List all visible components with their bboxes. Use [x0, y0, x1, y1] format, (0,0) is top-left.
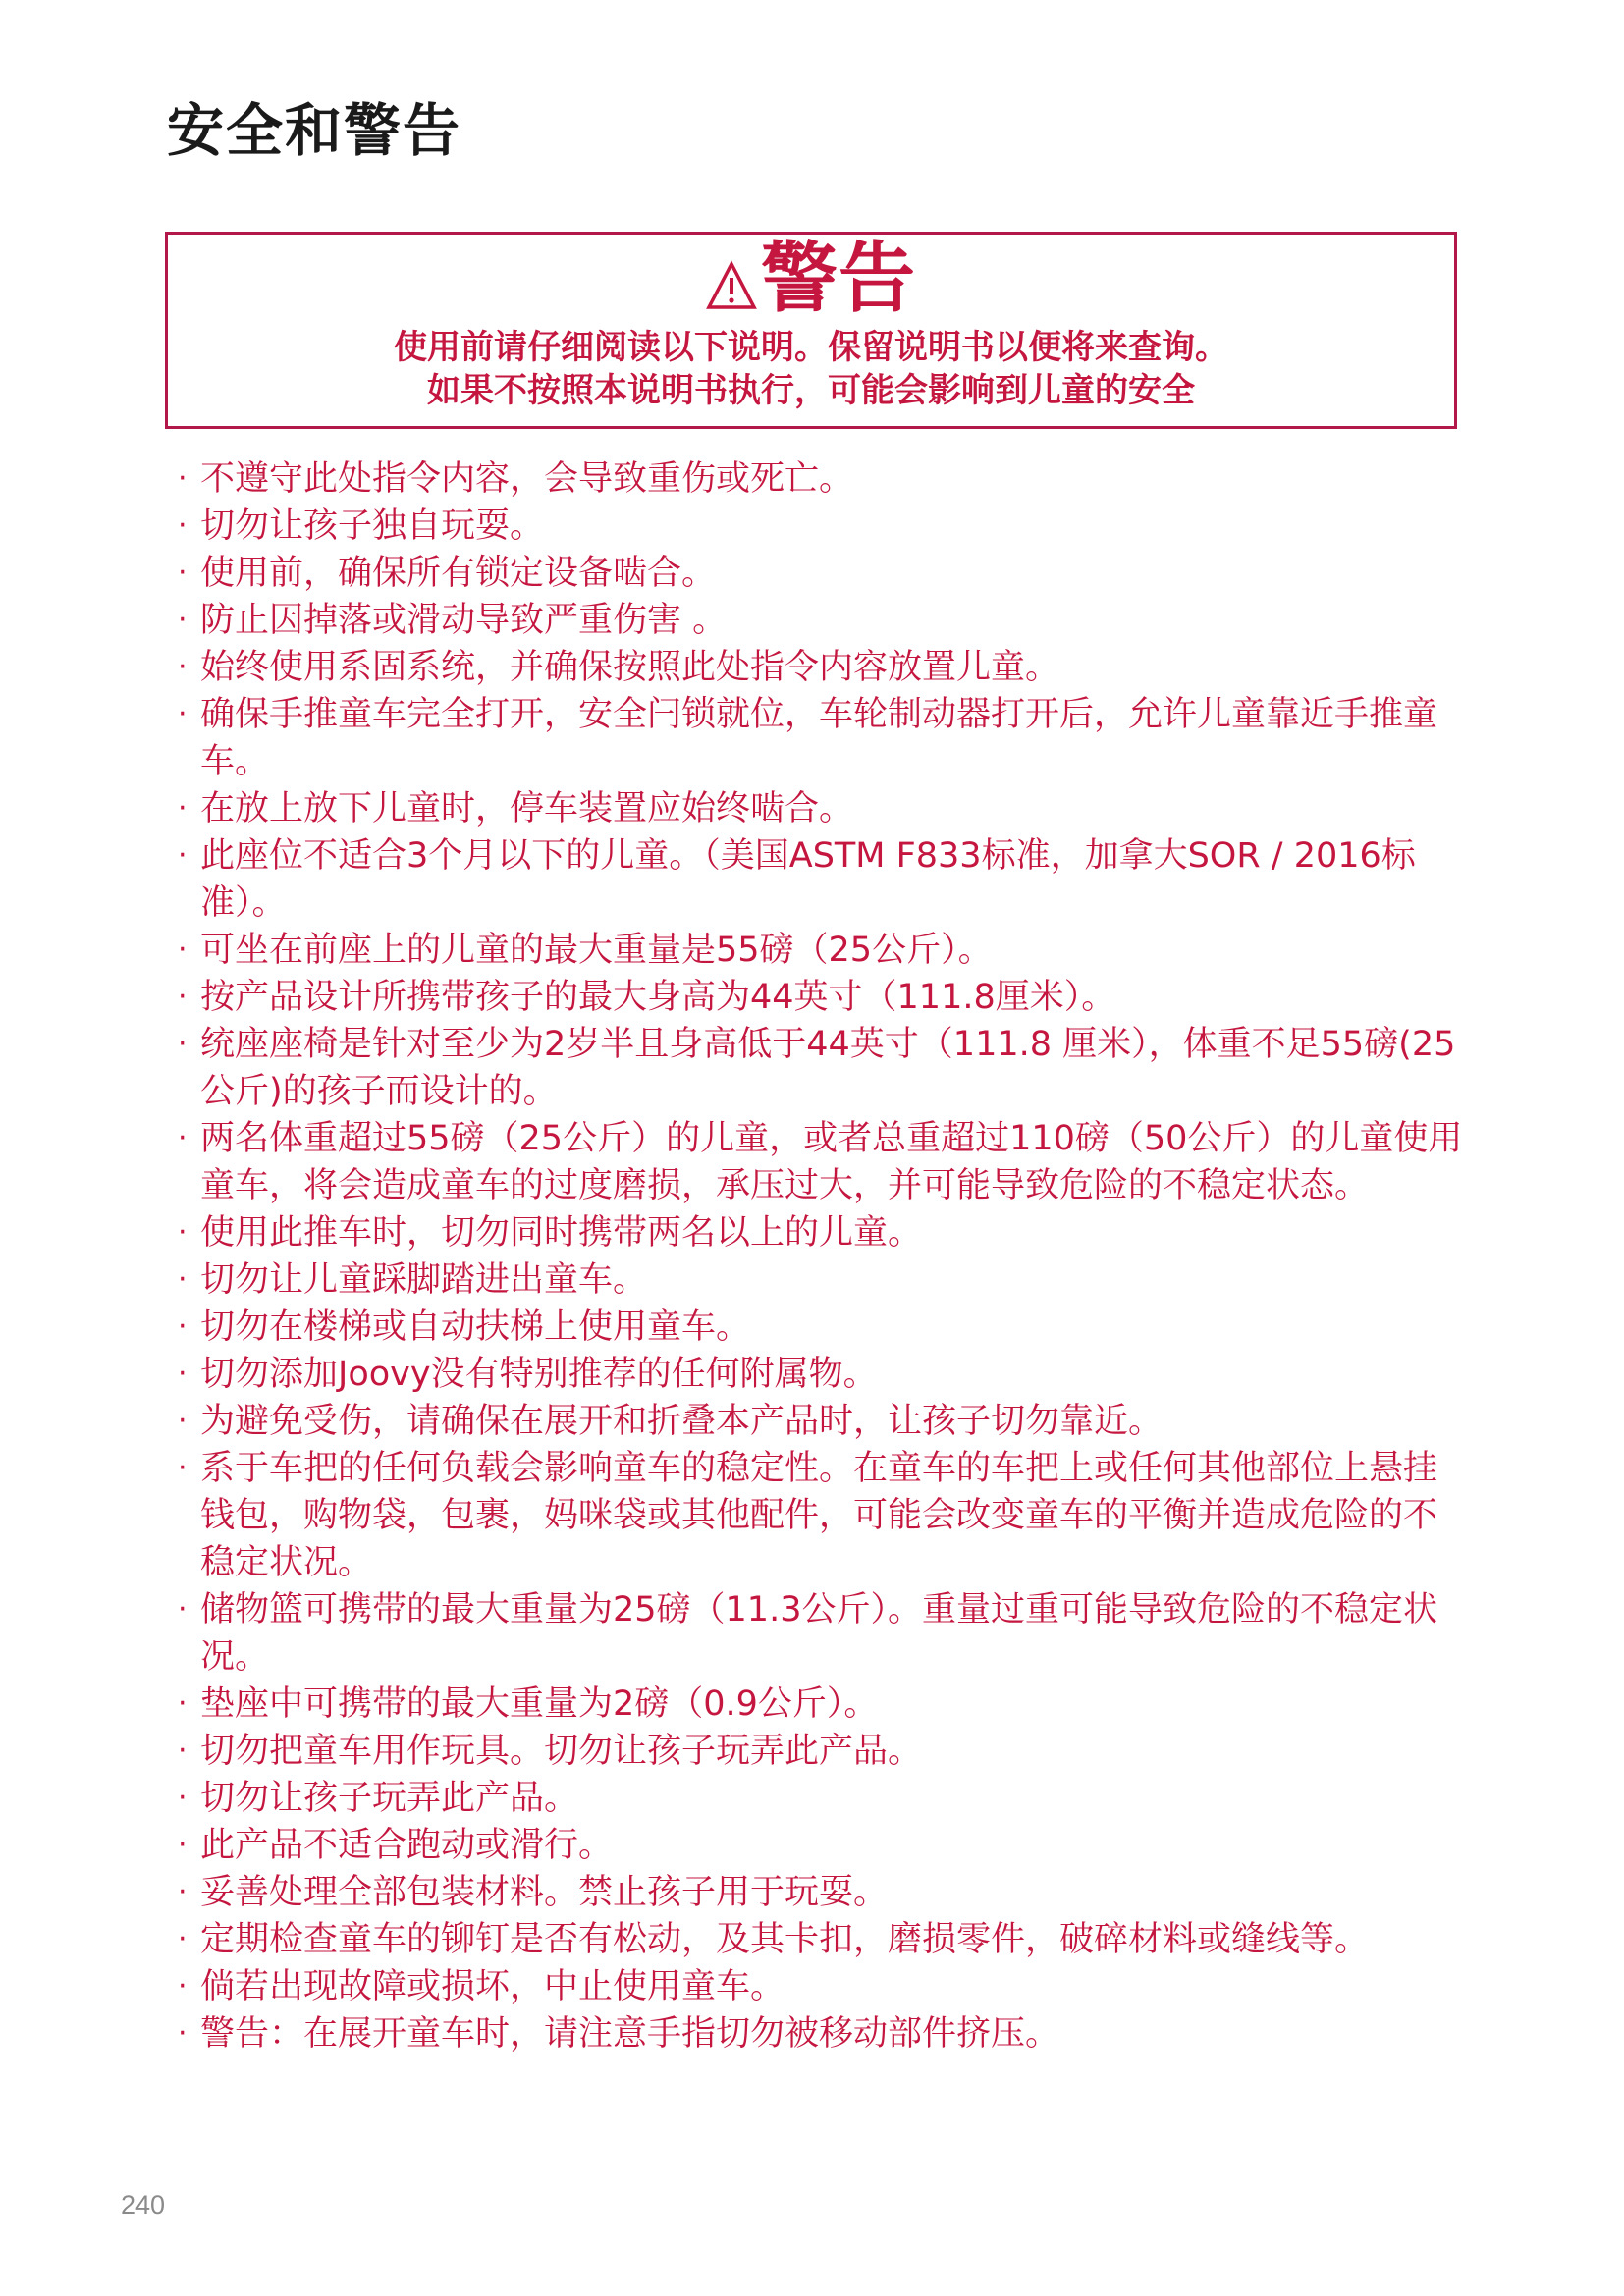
- bullet-icon: ·: [178, 691, 188, 738]
- list-item: ·两名体重超过55磅（25公斤）的儿童，或者总重超过110磅（50公斤）的儿童使…: [175, 1115, 1471, 1209]
- list-item: ·使用此推车时，切勿同时携带两名以上的儿童。: [175, 1209, 1471, 1256]
- list-item-text: 切勿添加Joovy没有特别推荐的任何附属物。: [200, 1355, 878, 1394]
- list-item: ·警告：在展开童车时，请注意手指切勿被移动部件挤压。: [175, 2010, 1471, 2057]
- warning-triangle-icon: [706, 260, 757, 311]
- bullet-icon: ·: [178, 1728, 188, 1775]
- bullet-icon: ·: [178, 597, 188, 644]
- list-item-text: 确保手推童车完全打开，安全闩锁就位，车轮制动器打开后，允许儿童靠近手推童车。: [200, 695, 1437, 781]
- list-item-text: 切勿让孩子玩弄此产品。: [200, 1779, 578, 1818]
- list-item: ·始终使用系固系统，并确保按照此处指令内容放置儿童。: [175, 644, 1471, 691]
- list-item: ·此产品不适合跑动或滑行。: [175, 1822, 1471, 1869]
- list-item-text: 使用前，确保所有锁定设备啮合。: [200, 554, 716, 593]
- list-item-text: 垫座中可携带的最大重量为2磅（0.9公斤）。: [200, 1684, 878, 1724]
- bullet-icon: ·: [178, 550, 188, 597]
- list-item: ·切勿添加Joovy没有特别推荐的任何附属物。: [175, 1351, 1471, 1398]
- bullet-icon: ·: [178, 1351, 188, 1398]
- list-item-text: 倘若出现故障或损坏，中止使用童车。: [200, 1967, 785, 2006]
- list-item: ·确保手推童车完全打开，安全闩锁就位，车轮制动器打开后，允许儿童靠近手推童车。: [175, 691, 1471, 785]
- page-number: 240: [121, 2190, 165, 2220]
- list-item-text: 按产品设计所携带孩子的最大身高为44英寸（111.8厘米）。: [200, 978, 1115, 1017]
- list-item: ·统座座椅是针对至少为2岁半且身高低于44英寸（111.8 厘米），体重不足55…: [175, 1021, 1471, 1115]
- list-item: ·在放上放下儿童时，停车装置应始终啮合。: [175, 785, 1471, 832]
- bullet-icon: ·: [178, 2010, 188, 2057]
- list-item-text: 切勿在楼梯或自动扶梯上使用童车。: [200, 1308, 750, 1347]
- list-item-text: 储物篮可携带的最大重量为25磅（11.3公斤）。重量过重可能导致危险的不稳定状况…: [200, 1590, 1437, 1677]
- warning-instruction-line-1: 使用前请仔细阅读以下说明。保留说明书以便将来查询。: [168, 331, 1454, 364]
- list-item: ·垫座中可携带的最大重量为2磅（0.9公斤）。: [175, 1681, 1471, 1728]
- safety-warning-list: ·不遵守此处指令内容，会导致重伤或死亡。 ·切勿让孩子独自玩耍。 ·使用前，确保…: [175, 455, 1471, 2057]
- list-item: ·妥善处理全部包装材料。禁止孩子用于玩耍。: [175, 1869, 1471, 1916]
- list-item: ·切勿让孩子玩弄此产品。: [175, 1775, 1471, 1822]
- warning-heading-text: 警告: [761, 240, 916, 317]
- bullet-icon: ·: [178, 1445, 188, 1492]
- bullet-icon: ·: [178, 785, 188, 832]
- page-title: 安全和警告: [167, 102, 461, 159]
- list-item: ·不遵守此处指令内容，会导致重伤或死亡。: [175, 455, 1471, 503]
- list-item-text: 两名体重超过55磅（25公斤）的儿童，或者总重超过110磅（50公斤）的儿童使用…: [200, 1119, 1462, 1205]
- bullet-icon: ·: [178, 1869, 188, 1916]
- bullet-icon: ·: [178, 1822, 188, 1869]
- list-item-text: 不遵守此处指令内容，会导致重伤或死亡。: [200, 459, 853, 499]
- bullet-icon: ·: [178, 927, 188, 974]
- bullet-icon: ·: [178, 1586, 188, 1633]
- bullet-icon: ·: [178, 455, 188, 503]
- list-item-text: 切勿把童车用作玩具。切勿让孩子玩弄此产品。: [200, 1732, 922, 1771]
- list-item-text: 此产品不适合跑动或滑行。: [200, 1826, 613, 1865]
- list-item: ·可坐在前座上的儿童的最大重量是55磅（25公斤）。: [175, 927, 1471, 974]
- bullet-icon: ·: [178, 1775, 188, 1822]
- list-item-text: 为避免受伤，请确保在展开和折叠本产品时，让孩子切勿靠近。: [200, 1402, 1163, 1441]
- list-item-text: 警告：在展开童车时，请注意手指切勿被移动部件挤压。: [200, 2014, 1059, 2054]
- warning-box: 警告 使用前请仔细阅读以下说明。保留说明书以便将来查询。 如果不按照本说明书执行…: [165, 232, 1457, 429]
- list-item: ·按产品设计所携带孩子的最大身高为44英寸（111.8厘米）。: [175, 974, 1471, 1021]
- list-item: ·切勿让儿童踩脚踏进出童车。: [175, 1256, 1471, 1304]
- list-item: ·防止因掉落或滑动导致严重伤害 。: [175, 597, 1471, 644]
- bullet-icon: ·: [178, 644, 188, 691]
- bullet-icon: ·: [178, 1916, 188, 1963]
- list-item: ·倘若出现故障或损坏，中止使用童车。: [175, 1963, 1471, 2010]
- bullet-icon: ·: [178, 1304, 188, 1351]
- list-item: ·切勿让孩子独自玩耍。: [175, 503, 1471, 550]
- list-item: ·系于车把的任何负载会影响童车的稳定性。在童车的车把上或任何其他部位上悬挂钱包，…: [175, 1445, 1471, 1586]
- warning-heading: 警告: [168, 240, 1454, 317]
- bullet-icon: ·: [178, 832, 188, 880]
- list-item-text: 可坐在前座上的儿童的最大重量是55磅（25公斤）。: [200, 931, 993, 970]
- bullet-icon: ·: [178, 1681, 188, 1728]
- list-item: ·切勿把童车用作玩具。切勿让孩子玩弄此产品。: [175, 1728, 1471, 1775]
- bullet-icon: ·: [178, 1963, 188, 2010]
- list-item-text: 切勿让儿童踩脚踏进出童车。: [200, 1260, 647, 1300]
- list-item-text: 防止因掉落或滑动导致严重伤害 。: [200, 601, 727, 640]
- list-item-text: 使用此推车时，切勿同时携带两名以上的儿童。: [200, 1213, 922, 1253]
- bullet-icon: ·: [178, 974, 188, 1021]
- list-item-text: 定期检查童车的铆钉是否有松动，及其卡扣，磨损零件，破碎材料或缝线等。: [200, 1920, 1369, 1959]
- list-item-text: 统座座椅是针对至少为2岁半且身高低于44英寸（111.8 厘米），体重不足55磅…: [200, 1025, 1455, 1111]
- bullet-icon: ·: [178, 1209, 188, 1256]
- list-item: ·此座位不适合3个月以下的儿童。（美国ASTM F833标准，加拿大SOR / …: [175, 832, 1471, 927]
- list-item: ·定期检查童车的铆钉是否有松动，及其卡扣，磨损零件，破碎材料或缝线等。: [175, 1916, 1471, 1963]
- list-item: ·储物篮可携带的最大重量为25磅（11.3公斤）。重量过重可能导致危险的不稳定状…: [175, 1586, 1471, 1681]
- list-item: ·使用前，确保所有锁定设备啮合。: [175, 550, 1471, 597]
- list-item-text: 切勿让孩子独自玩耍。: [200, 507, 544, 546]
- bullet-icon: ·: [178, 1398, 188, 1445]
- list-item-text: 始终使用系固系统，并确保按照此处指令内容放置儿童。: [200, 648, 1059, 687]
- list-item-text: 妥善处理全部包装材料。禁止孩子用于玩耍。: [200, 1873, 888, 1912]
- bullet-icon: ·: [178, 503, 188, 550]
- list-item: ·切勿在楼梯或自动扶梯上使用童车。: [175, 1304, 1471, 1351]
- bullet-icon: ·: [178, 1021, 188, 1068]
- list-item: ·为避免受伤，请确保在展开和折叠本产品时，让孩子切勿靠近。: [175, 1398, 1471, 1445]
- warning-instruction-line-2: 如果不按照本说明书执行，可能会影响到儿童的安全: [168, 374, 1454, 407]
- bullet-icon: ·: [178, 1256, 188, 1304]
- list-item-text: 此座位不适合3个月以下的儿童。（美国ASTM F833标准，加拿大SOR / 2…: [200, 836, 1416, 923]
- list-item-text: 系于车把的任何负载会影响童车的稳定性。在童车的车把上或任何其他部位上悬挂钱包，购…: [200, 1449, 1437, 1582]
- list-item-text: 在放上放下儿童时，停车装置应始终啮合。: [200, 789, 853, 828]
- bullet-icon: ·: [178, 1115, 188, 1162]
